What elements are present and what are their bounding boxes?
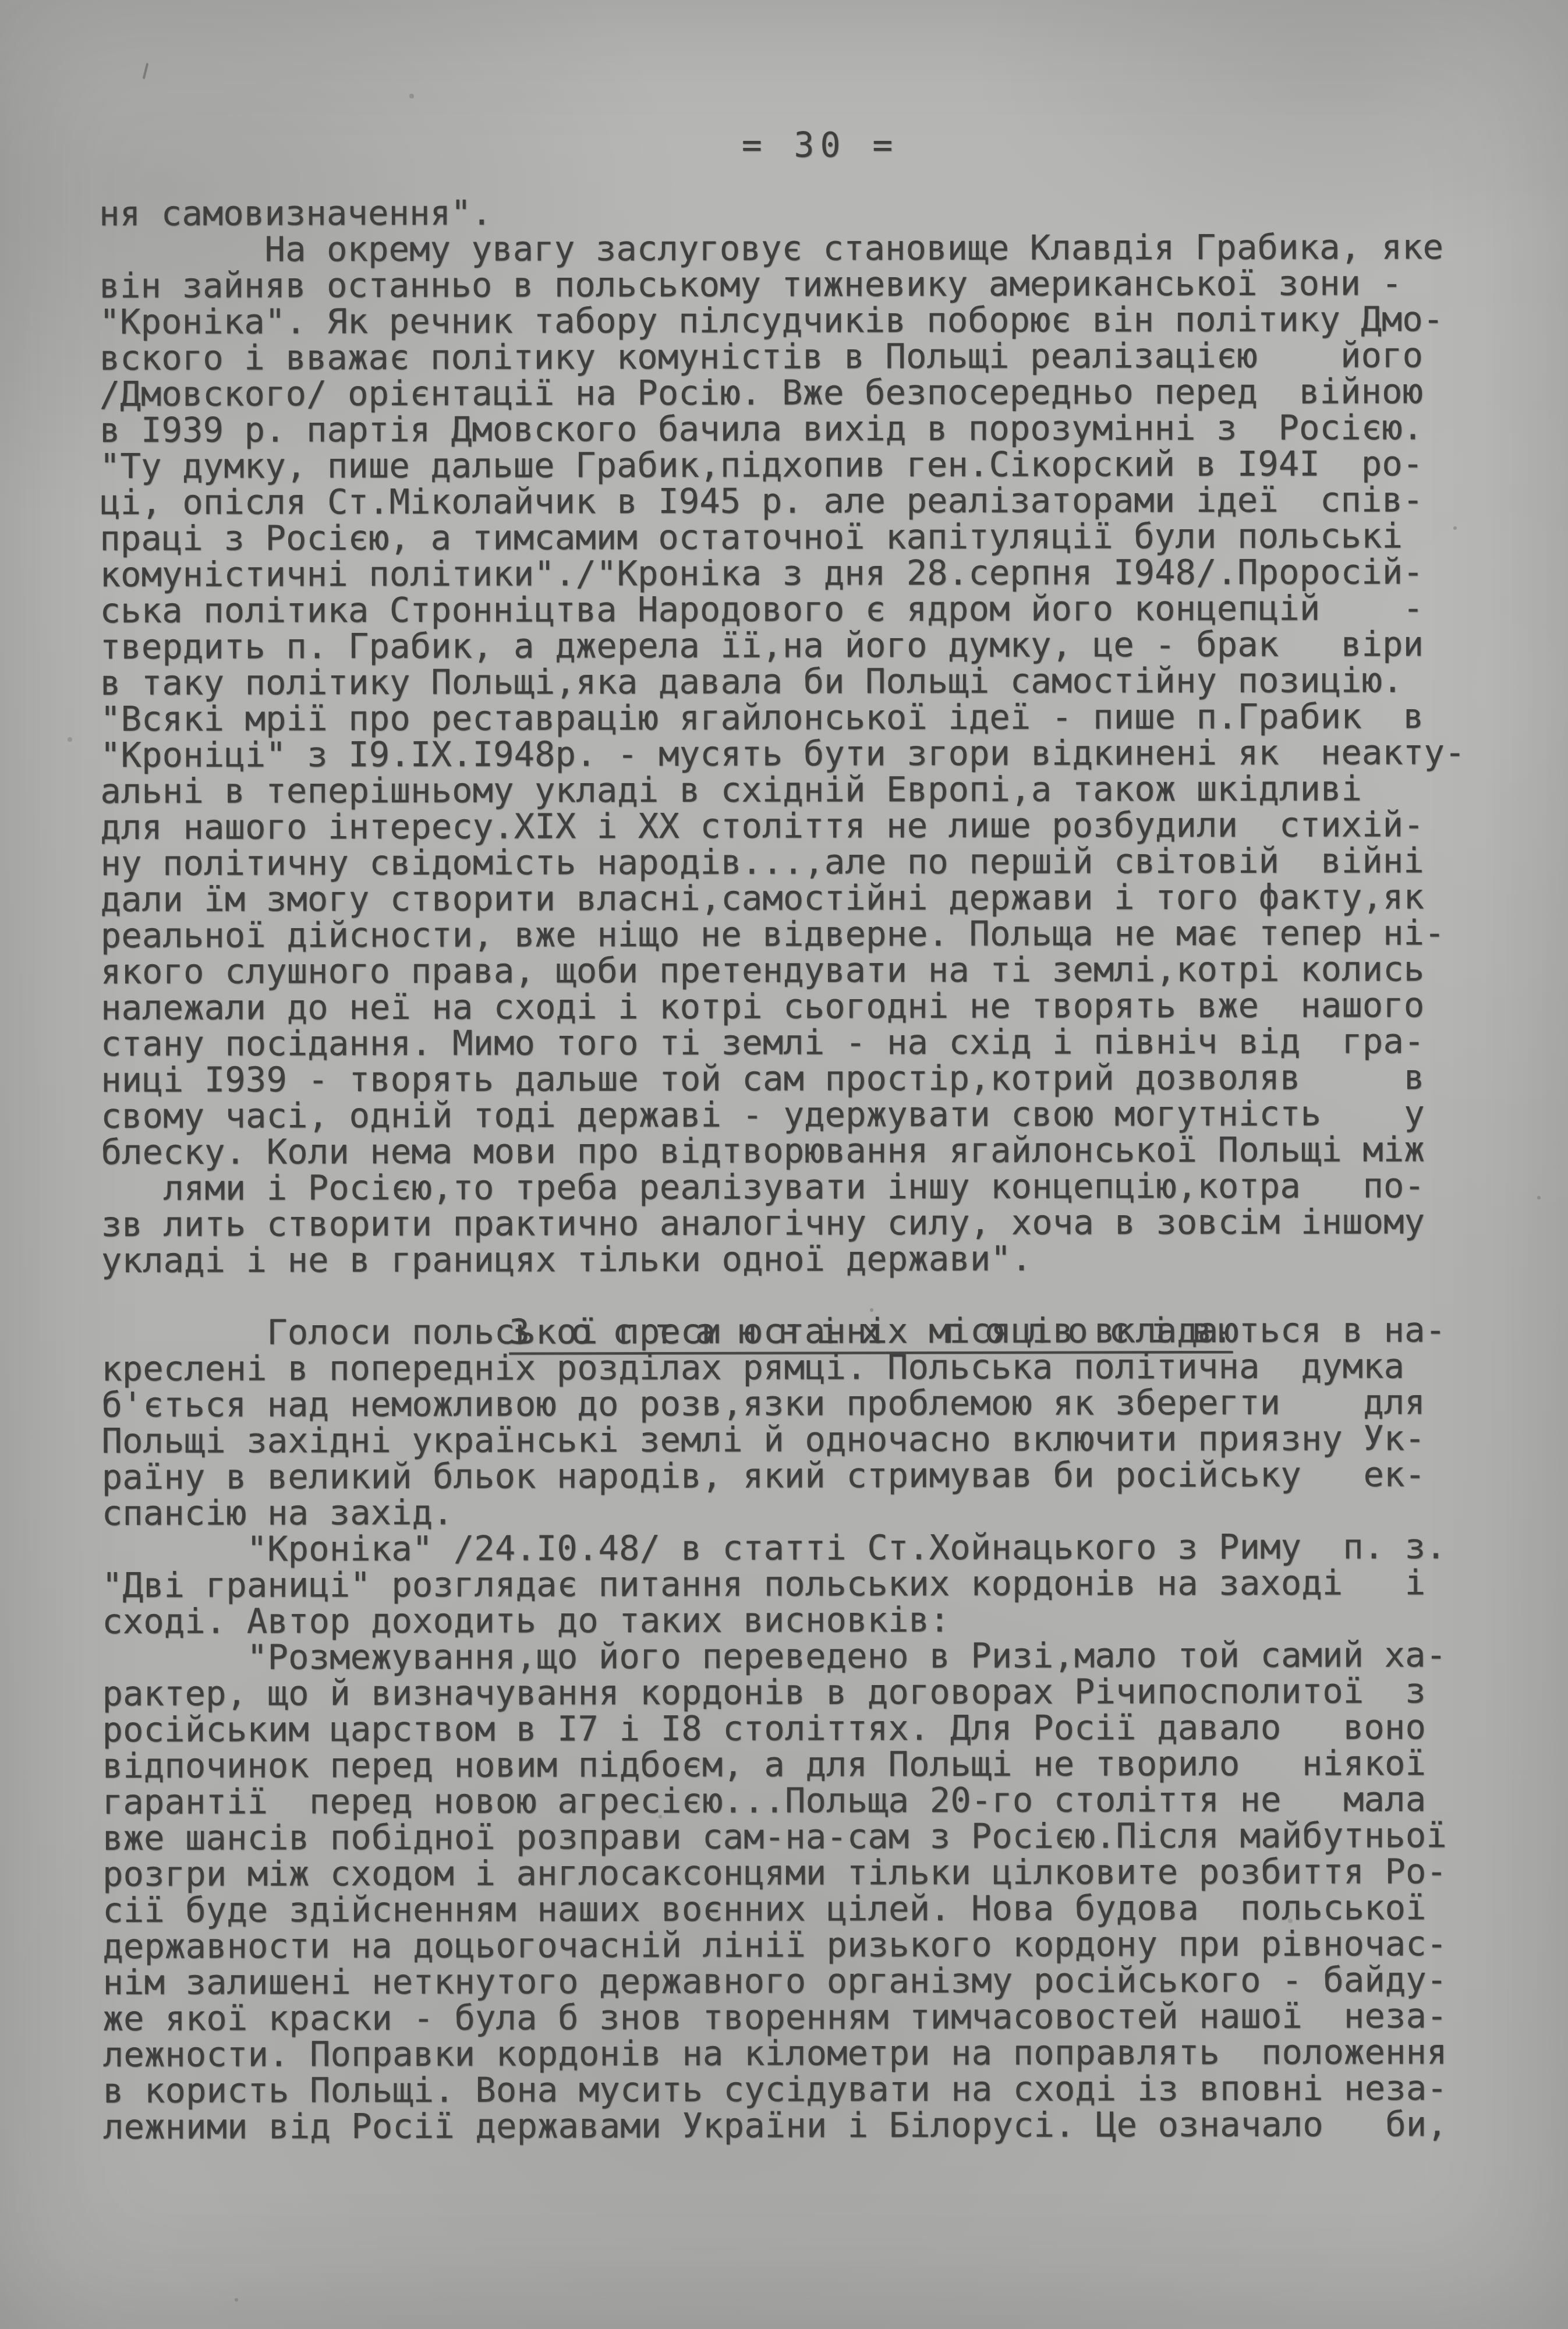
document-sheet: = 30 = ня самовизначення". На окрему ува… [0, 0, 1568, 2329]
text-line: вже шансів побідної розправи сам-на-сам … [102, 1817, 1468, 1856]
text-line: дали їм змогу створити власні,самостійні… [100, 879, 1466, 918]
text-line: лежности. Поправки кордонів на кілометри… [103, 2034, 1468, 2073]
text-line: вского і вважає політику комуністів в По… [100, 337, 1465, 376]
text-line: державности на доцьогочасній лінії ризьк… [102, 1926, 1468, 1965]
scan-specks [0, 0, 2, 2]
text-line: комуністичні політики"./"Кроніка з дня 2… [100, 554, 1465, 593]
text-line: "Ту думку, пише дальше Грабик,підхопив г… [100, 445, 1465, 484]
scanned-page: { "colors": { "paper": "#b3b3b1", "ink":… [0, 0, 1568, 2329]
text-line: ці, опісля Ст.Міколайчик в I945 р. але р… [100, 482, 1465, 521]
text-line: сході. Автор доходить до таких висновків… [102, 1601, 1467, 1640]
page-number: = 30 = [0, 127, 1568, 163]
text-line: для нашого інтересу.XIX і XX століття не… [100, 806, 1466, 845]
body-text-upper: ня самовизначення". На окрему увагу засл… [99, 193, 1466, 1279]
text-line: укладі і не в границях тільки одної держ… [101, 1240, 1467, 1279]
text-line: гарантії перед новою агресією...Польща 2… [102, 1781, 1468, 1820]
section-heading-row: З о с т а н н і х г о л о с і в. [101, 1276, 1467, 1315]
text-line: спансію на захід. [102, 1492, 1467, 1531]
text-line: реальної дійсности, вже ніщо не відверне… [101, 915, 1466, 954]
text-line: праці з Росією, а тимсамим остаточної ка… [100, 518, 1465, 557]
text-line: твердить п. Грабик, а джерела її,на його… [100, 626, 1466, 665]
text-line: зв лить створити практично аналогічну си… [101, 1204, 1467, 1243]
text-line: На окрему увагу заслуговує становище Кла… [99, 229, 1464, 268]
text-line: лями і Росією,то треба реалізувати іншу … [101, 1167, 1467, 1206]
text-line: же якої краски - була б знов творенням т… [102, 1998, 1468, 2037]
document-body: ня самовизначення". На окрему увагу засл… [99, 193, 1468, 2145]
text-line: відпочинок перед новим підбоєм, а для По… [102, 1745, 1468, 1784]
text-line: "Дві границі" розглядає питання польськи… [102, 1565, 1467, 1604]
text-line: якого слушного права, щоби претендувати … [101, 951, 1466, 990]
text-line: стану посідання. Мимо того ті землі - на… [101, 1023, 1466, 1062]
text-line: блеску. Коли нема мови про відтворювання… [101, 1131, 1466, 1170]
text-line: Польщі західні українські землі й одноча… [101, 1420, 1467, 1459]
body-text-lower: Голоси польської преси останніх місяців … [101, 1312, 1468, 2145]
text-line: б'ється над неможливою до розв,язки проб… [101, 1384, 1467, 1423]
text-line: російським царством в I7 і I8 століттях.… [102, 1709, 1467, 1748]
text-line: в користь Польщі. Вона мусить сусідувати… [103, 2070, 1468, 2109]
text-line: ниці I939 - творять дальше той сам прост… [101, 1059, 1466, 1098]
text-line: /Дмовского/ орієнтації на Росію. Вже без… [100, 373, 1465, 412]
text-line: належали до неї на сході і котрі сьогодн… [101, 987, 1466, 1026]
text-line: "Кроніці" з I9.IX.I948р. - мусять бути з… [100, 734, 1466, 773]
text-line: ська політика Стронніцтва Народового є я… [100, 590, 1465, 629]
text-line: креслені в попередніх розділах рямці. По… [101, 1348, 1467, 1387]
text-line: сії буде здійсненням наших воєнних цілей… [102, 1889, 1468, 1928]
text-line: "Кроніка". Як речник табору пілсудчиків … [99, 301, 1464, 340]
text-line: Голоси польської преси останніх місяців … [101, 1312, 1467, 1351]
page-number-text: = 30 = [742, 127, 899, 163]
text-line: рактер, що й визначування кордонів в дог… [102, 1673, 1467, 1712]
text-line: "Кроніка" /24.I0.48/ в статті Ст.Хойнаць… [102, 1528, 1467, 1567]
text-line: ну політичну свідомість народів...,але п… [100, 843, 1466, 882]
text-line: розгри між сходом і англосаксонцями тіль… [102, 1853, 1468, 1892]
text-line: свому часі, одній тоді державі - удержув… [101, 1095, 1466, 1134]
text-line: в таку політику Польщі,яка давала би Пол… [100, 662, 1466, 701]
text-line: раїну в великий бльок народів, який стри… [102, 1456, 1467, 1495]
text-line: нім залишені неткнутого державного орган… [102, 1962, 1468, 2001]
text-line: "Всякі мрії про реставрацію ягайлонської… [100, 698, 1466, 737]
text-line: ня самовизначення". [99, 193, 1464, 232]
text-line: альні в теперішньому укладі в східній Ев… [100, 770, 1466, 809]
text-line: "Розмежування,що його переведено в Ризі,… [102, 1637, 1467, 1676]
text-line: в I939 р. партія Дмовского бачила вихід … [100, 409, 1465, 448]
text-line: лежними від Росії державами України і Бі… [103, 2106, 1468, 2145]
text-line: він зайняв останньо в польському тижневи… [99, 265, 1464, 304]
